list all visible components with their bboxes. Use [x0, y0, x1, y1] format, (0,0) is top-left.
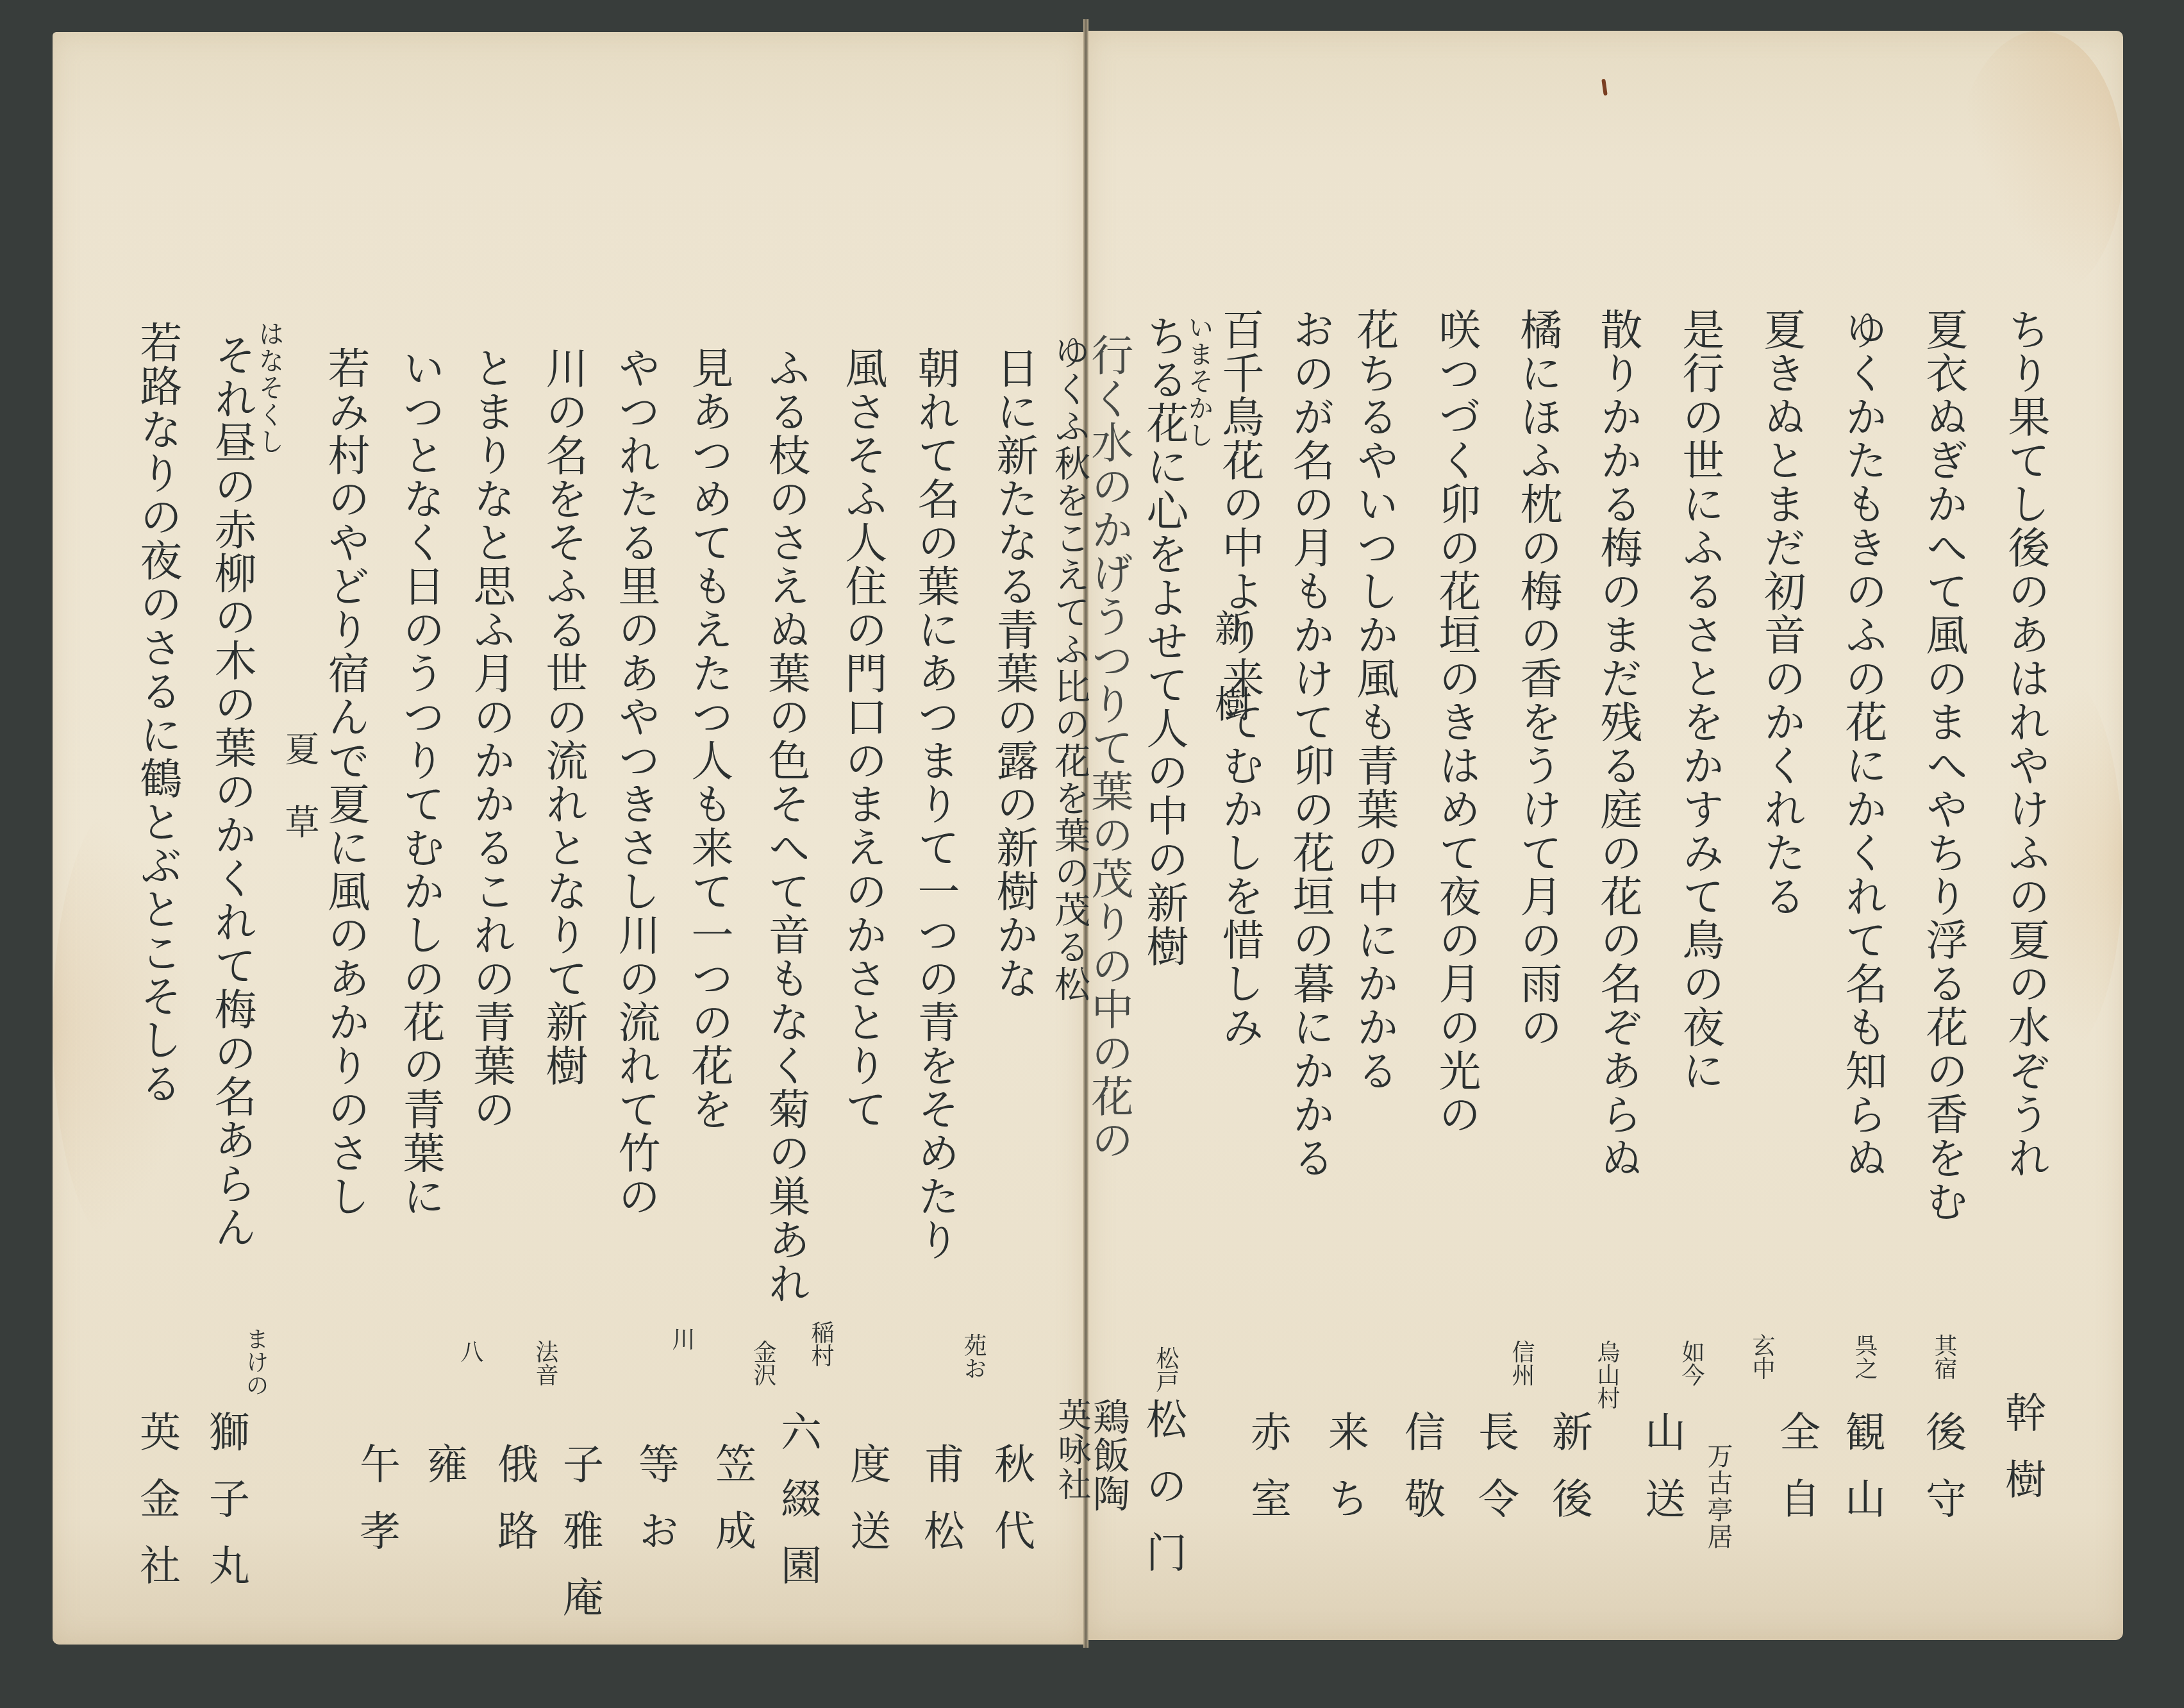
- verse-text: 見あつめてもえたつ人も来て一つの花を: [687, 346, 729, 1131]
- poet-name: 子雅庵: [559, 1443, 600, 1643]
- verse-text: 橘にほふ枕の梅の香をうけて月の雨の: [1516, 308, 1558, 1049]
- poet-name: 山送: [1641, 1411, 1682, 1544]
- poet-name: 観山: [1841, 1411, 1882, 1544]
- poet-place: 其宿: [1932, 1334, 1955, 1380]
- poet-name: 幹樹: [2001, 1391, 2042, 1525]
- verse-text: 行く水のかげうつりて葉の茂りの中の花の: [1087, 333, 1130, 1162]
- verse-text: 川の名をそふる世の流れとなりて新樹: [542, 346, 584, 1087]
- verse-prefix: はなそくし: [256, 321, 282, 455]
- poet-place: 烏山村: [1595, 1340, 1618, 1409]
- verse-text: 咲つづく卯の花垣のきはめて夜の月の光の: [1435, 308, 1477, 1136]
- verse-text: 若路なりの夜のさるに鶴とぶとこそしる: [136, 321, 178, 1105]
- verse-text: いつとなく日のうつりてむかしの花の青葉に: [399, 346, 441, 1218]
- poet-name: 万古亭居: [1705, 1443, 1731, 1550]
- poet-name: 来ち: [1324, 1411, 1365, 1544]
- section-heading-shinju: 新樹: [1212, 609, 1249, 760]
- poet-name: 雍: [423, 1443, 464, 1509]
- ink-speck: [1601, 79, 1608, 96]
- poet-name: 新後: [1548, 1411, 1589, 1544]
- poet-place: 苑お: [962, 1334, 985, 1380]
- poet-name: 赤室: [1247, 1411, 1288, 1544]
- poet-name: 度送: [846, 1443, 887, 1576]
- verse-text: ふる枝のさえぬ葉の色そへて音もなく菊の巣あれ: [764, 346, 806, 1305]
- poet-name: 全自: [1776, 1411, 1817, 1544]
- poet-name: 俄路: [494, 1443, 535, 1576]
- verse-text: ゆくかたもきのふの花にかくれて名も知らぬ: [1841, 308, 1883, 1180]
- verse-text: 朝れて名の葉にあつまりて一つの青をそめたり: [913, 346, 956, 1262]
- poet-name: 六綴園: [777, 1411, 818, 1611]
- poet-place: 金沢: [751, 1340, 774, 1386]
- verse-text: それ昼の赤柳の木の葉のかくれて梅の名あらん: [210, 333, 253, 1249]
- verse-text: 散りかかる梅のまだ残る庭の花の名ぞあらぬ: [1596, 308, 1638, 1180]
- poet-place: 呉之: [1853, 1334, 1876, 1380]
- poet-place: 八: [458, 1340, 481, 1363]
- poet-place: 稲村: [809, 1321, 832, 1367]
- poet-name: 笠成: [712, 1443, 753, 1576]
- verse-text: 日に新たなる青葉の露の新樹かな: [992, 346, 1035, 1000]
- poet-name: 秋代: [990, 1443, 1031, 1576]
- poet-place: 如今: [1680, 1340, 1703, 1386]
- poet-place: 玄中: [1750, 1334, 1773, 1380]
- poet-name: 等お: [635, 1443, 676, 1576]
- verse-text: 夏衣ぬぎかへて風のまへやちり浮る花の香をむ: [1922, 308, 1964, 1223]
- poet-place: 信州: [1510, 1340, 1533, 1386]
- poet-place: 松戸: [1154, 1346, 1177, 1393]
- verse-text: 風さそふ人住の門口のまえのかさとりて: [841, 346, 883, 1131]
- poet-place: 法音: [533, 1340, 556, 1386]
- verse-text: 是行の世にふるさとをかすみて鳥の夜に: [1678, 308, 1721, 1093]
- verse-text: おのが名の月もかけて卯の花垣の暮にかかる: [1288, 308, 1331, 1180]
- poet-place: まけの: [244, 1327, 267, 1396]
- poet-name: 英咏社: [1054, 1398, 1088, 1502]
- poet-name: 午孝: [356, 1443, 397, 1576]
- poet-name: 信敬: [1401, 1411, 1442, 1544]
- verse-text: ちり果てし後のあはれやけふの夏の水ぞうれ: [2004, 308, 2046, 1180]
- section-heading-natsukusa: 夏草: [282, 731, 317, 877]
- poet-name: 鶏飯陶: [1090, 1398, 1127, 1513]
- verse-text: ゆくふ秋をこえてふ比の花を葉の茂る松: [1051, 333, 1087, 1003]
- poet-place: 川: [670, 1327, 693, 1350]
- poet-name: 甫松: [920, 1443, 961, 1576]
- verse-text: 若み村のやどり宿んで夏に風のあかりのさし: [324, 346, 366, 1218]
- verse-text: 花ちるやいつしか風も青葉の中にかかる: [1353, 308, 1395, 1093]
- verse-text: やつれたる里のあやつきさし川の流れて竹の: [614, 346, 656, 1218]
- verse-text: とまりなと思ふ月のかかるこれの青葉の: [469, 346, 512, 1131]
- verse-prefix: いまそかし: [1186, 314, 1212, 449]
- poet-name: 松の门: [1142, 1398, 1183, 1598]
- poet-name: 英金社: [136, 1411, 177, 1611]
- verse-text: ちる花に心をよせて人の中の新樹: [1142, 314, 1185, 968]
- verse-text: 夏きぬとまだ初音のかくれたる: [1760, 308, 1802, 918]
- poet-name: 後守: [1922, 1411, 1963, 1544]
- poet-name: 獅子丸: [205, 1411, 246, 1611]
- poet-name: 長令: [1474, 1411, 1515, 1544]
